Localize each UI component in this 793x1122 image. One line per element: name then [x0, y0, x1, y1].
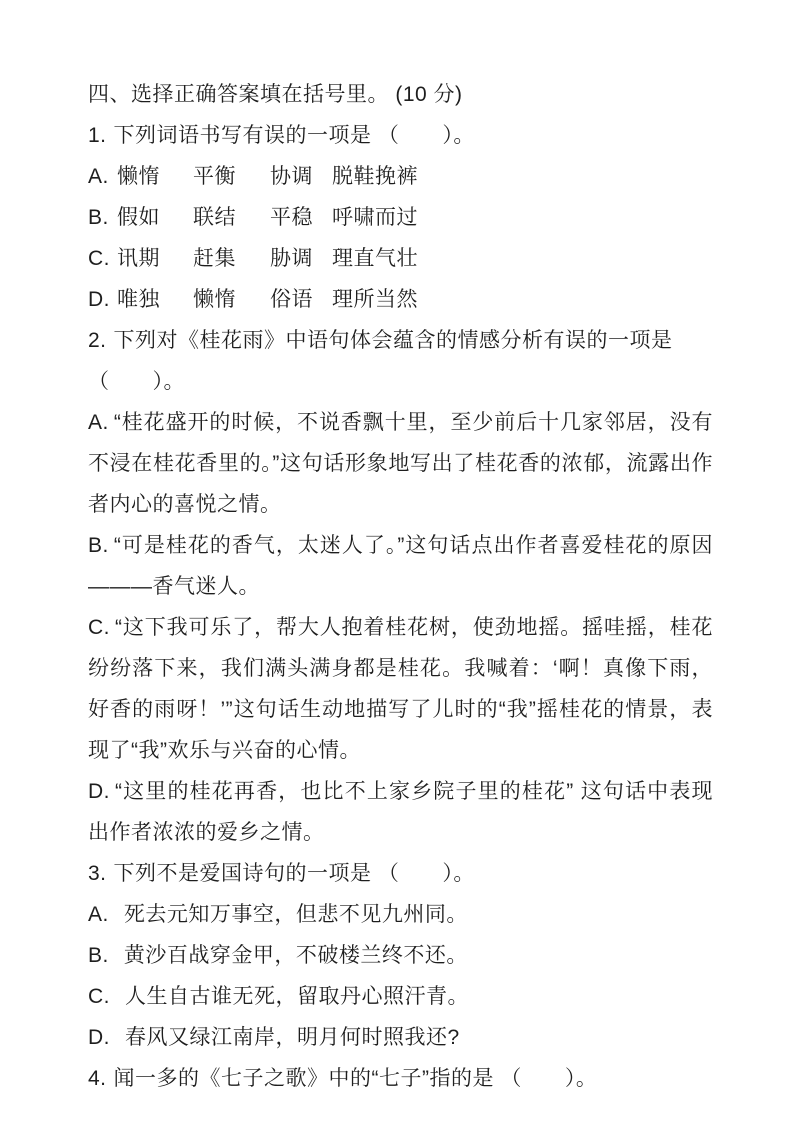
question-number: 3.: [88, 862, 107, 885]
option-label: A.: [88, 411, 109, 434]
option-label: A.: [88, 156, 117, 197]
question-1-option-b: B. 假如 联结 平稳 呼啸而过: [88, 197, 713, 238]
question-3-option-a: A.死去元知万事空，但悲不见九州同。: [88, 894, 713, 935]
question-stem-text: 下列不是爱国诗句的一项是 （ ）。: [114, 862, 475, 885]
word-item: 唯独: [117, 279, 193, 320]
exam-page: 四、选择正确答案填在括号里。 (10 分) 1.下列词语书写有误的一项是 （ ）…: [0, 0, 793, 1122]
question-stem-text: 下列词语书写有误的一项是 （ ）。: [114, 124, 475, 147]
option-text: “这里的桂花再香，也比不上家乡院子里的桂花” 这句话中表现出作者浓浓的爱乡之情。: [88, 780, 713, 844]
option-label: C.: [88, 238, 117, 279]
word-item: 脱鞋挽裤: [332, 156, 713, 197]
option-text: 春风又绿江南岸，明月何时照我还?: [125, 1026, 460, 1049]
question-3-option-c: C.人生自古谁无死，留取丹心照汗青。: [88, 976, 713, 1017]
question-1-stem: 1.下列词语书写有误的一项是 （ ）。: [88, 115, 713, 156]
word-item: 平稳: [270, 197, 332, 238]
option-label: D.: [88, 279, 117, 320]
word-item: 赶集: [193, 238, 270, 279]
word-item: 联结: [193, 197, 270, 238]
question-1-option-c: C. 讯期 赶集 胁调 理直气壮: [88, 238, 713, 279]
word-item: 理直气壮: [332, 238, 713, 279]
question-2-option-c: C.“这下我可乐了，帮大人抱着桂花树，使劲地摇。摇哇摇，桂花纷纷落下来，我们满头…: [88, 607, 713, 771]
question-number: 4.: [88, 1067, 107, 1090]
option-label: D.: [88, 1026, 110, 1049]
question-number: 2.: [88, 329, 107, 352]
question-1-option-d: D. 唯独 懒惰 俗语 理所当然: [88, 279, 713, 320]
option-label: B.: [88, 197, 117, 238]
option-label: B.: [88, 534, 109, 557]
word-item: 胁调: [270, 238, 332, 279]
word-item: 假如: [117, 197, 193, 238]
question-2-option-b: B.“可是桂花的香气，太迷人了。”这句话点出作者喜爱桂花的原因———香气迷人。: [88, 525, 713, 607]
question-2-option-d: D.“这里的桂花再香，也比不上家乡院子里的桂花” 这句话中表现出作者浓浓的爱乡之…: [88, 771, 713, 853]
question-3-option-b: B.黄沙百战穿金甲，不破楼兰终不还。: [88, 935, 713, 976]
word-item: 讯期: [117, 238, 193, 279]
option-label: B.: [88, 944, 109, 967]
question-1-option-a: A. 懒惰 平衡 协调 脱鞋挽裤: [88, 156, 713, 197]
word-item: 呼啸而过: [332, 197, 713, 238]
word-item: 懒惰: [117, 156, 193, 197]
option-text: 黄沙百战穿金甲，不破楼兰终不还。: [124, 944, 468, 967]
question-stem-text: 闻一多的《七子之歌》中的“七子”指的是 （ ）。: [114, 1067, 598, 1090]
section-heading: 四、选择正确答案填在括号里。 (10 分): [88, 74, 713, 115]
option-text: “这下我可乐了，帮大人抱着桂花树，使劲地摇。摇哇摇，桂花纷纷落下来，我们满头满身…: [88, 616, 713, 762]
question-3-option-d: D.春风又绿江南岸，明月何时照我还?: [88, 1017, 713, 1058]
option-label: A.: [88, 903, 109, 926]
word-item: 俗语: [270, 279, 332, 320]
option-text: “可是桂花的香气，太迷人了。”这句话点出作者喜爱桂花的原因———香气迷人。: [88, 534, 713, 598]
document-content: 四、选择正确答案填在括号里。 (10 分) 1.下列词语书写有误的一项是 （ ）…: [88, 74, 713, 1099]
question-number: 1.: [88, 124, 107, 147]
option-label: C.: [88, 985, 110, 1008]
question-2-stem: 2.下列对《桂花雨》中语句体会蕴含的情感分析有误的一项是 （ ）。: [88, 320, 713, 402]
question-stem-text: 下列对《桂花雨》中语句体会蕴含的情感分析有误的一项是 （ ）。: [88, 329, 673, 393]
option-text: “桂花盛开的时候，不说香飘十里，至少前后十几家邻居，没有不浸在桂花香里的。”这句…: [88, 411, 713, 516]
option-text: 人生自古谁无死，留取丹心照汗青。: [125, 985, 469, 1008]
option-text: 死去元知万事空，但悲不见九州同。: [124, 903, 468, 926]
word-item: 理所当然: [332, 279, 713, 320]
word-item: 协调: [270, 156, 332, 197]
option-label: D.: [88, 780, 110, 803]
option-label: C.: [88, 616, 110, 639]
question-3-stem: 3.下列不是爱国诗句的一项是 （ ）。: [88, 853, 713, 894]
word-item: 懒惰: [193, 279, 270, 320]
question-4-stem: 4.闻一多的《七子之歌》中的“七子”指的是 （ ）。: [88, 1058, 713, 1099]
word-item: 平衡: [193, 156, 270, 197]
question-2-option-a: A.“桂花盛开的时候，不说香飘十里，至少前后十几家邻居，没有不浸在桂花香里的。”…: [88, 402, 713, 525]
